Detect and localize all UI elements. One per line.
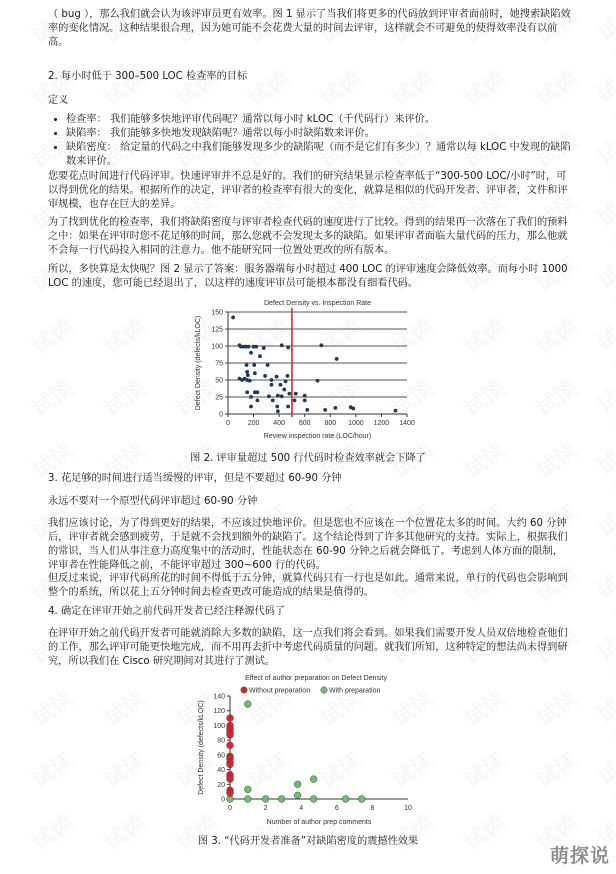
x-tick-label: 4	[299, 805, 303, 812]
watermark-tile: 试读	[590, 567, 616, 630]
data-point	[244, 786, 251, 793]
data-point	[303, 399, 307, 403]
data-point	[294, 392, 298, 396]
data-point	[245, 363, 249, 367]
data-point	[231, 316, 235, 320]
y-tick-label: 0	[219, 412, 223, 419]
data-point	[305, 408, 309, 412]
data-point	[278, 796, 285, 803]
data-point	[342, 796, 349, 803]
data-point	[286, 345, 290, 349]
legend-label: Without preparation	[249, 688, 310, 695]
data-point	[280, 394, 284, 398]
data-point	[246, 373, 250, 377]
y-tick-label: 25	[215, 395, 223, 402]
data-point	[227, 732, 234, 739]
paragraph-five-minutes: 但反过来说，评审代码所花的时间不得低于五分钟，就算代码只有一行也是如此。通常来说…	[48, 572, 573, 600]
watermark-tile: 试读	[590, 195, 616, 258]
figure-3-caption: 图 3. “代码开发者准备”对缺陷密度的震撼性效果	[48, 832, 568, 847]
definition-list: 检查率： 我们能够多快地评审代码呢？通常以每小时 kLOC（千代码行）来评价。 …	[48, 113, 576, 169]
watermark-tile: 试读	[590, 257, 616, 320]
data-point	[310, 796, 317, 803]
legend-label: With preparation	[329, 688, 380, 695]
x-axis-label: Number of author prep comments	[267, 819, 372, 826]
y-tick-label: 0	[221, 797, 225, 804]
y-tick-label: 140	[213, 694, 225, 701]
watermark-tile: 试读	[590, 629, 616, 692]
data-point	[247, 345, 251, 349]
x-tick-label: 800	[324, 420, 336, 427]
watermark-tile: 试读	[590, 443, 616, 506]
watermark-tile: 试读	[590, 505, 616, 568]
paragraph-review-time: 您要花点时间进行代码评审。快速评审并不总是好的。我们的研究结果显示检查率低于“3…	[48, 170, 573, 212]
chart-title: Defect Density vs. Inspection Rate	[264, 300, 371, 307]
data-point	[227, 761, 234, 768]
data-point	[245, 390, 249, 394]
x-tick-label: 400	[273, 420, 285, 427]
data-point	[284, 379, 288, 383]
data-point	[256, 399, 260, 403]
data-point	[254, 345, 258, 349]
data-point	[276, 394, 280, 398]
watermark-tile: 试读	[590, 753, 616, 816]
paragraph-intro-continued: （ bug ），那么我们就会认为该评审员更有效率。图 1 显示了当我们将更多的代…	[48, 8, 573, 50]
data-point	[286, 405, 290, 409]
data-point	[334, 406, 338, 410]
data-point	[244, 796, 251, 803]
data-point	[262, 796, 269, 803]
data-point	[252, 363, 256, 367]
x-tick-label: 10	[404, 805, 412, 812]
paragraph-how-fast: 所以，多快算是太快呢？图 2 显示了答案：服务器端每小时超过 400 LOC 的…	[48, 263, 573, 291]
data-point	[335, 357, 339, 361]
data-point	[249, 351, 253, 355]
paragraph-discussion: 我们应该讨论，为了得到更好的结果，不应该过快地评价。但是您也不应该在一个位置花太…	[48, 517, 573, 573]
data-point	[310, 776, 317, 783]
data-point	[319, 343, 323, 347]
data-point	[244, 701, 251, 708]
x-tick-label: 0	[228, 805, 232, 812]
watermark-tile: 试读	[97, 682, 151, 733]
y-tick-label: 100	[213, 723, 225, 730]
data-point	[279, 383, 283, 387]
watermark-tile: 试读	[97, 310, 151, 361]
watermark-tile: 试读	[590, 9, 616, 72]
definition-label: 定义	[48, 94, 573, 108]
y-tick-label: 75	[215, 361, 223, 368]
data-point	[267, 394, 271, 398]
data-point	[266, 363, 270, 367]
watermark-tile: 试读	[590, 133, 616, 196]
figure-3-chart: Effect of author preparation on Defect D…	[190, 670, 420, 834]
figure-2-chart: Defect Density vs. Inspection Rate025507…	[190, 296, 420, 450]
watermark-tile: 试读	[590, 381, 616, 444]
corner-watermark: 萌探说	[550, 841, 610, 868]
section-3-subheading: 永远不要对一个原型代码评审超过 60-90 分钟	[48, 495, 573, 509]
x-tick-label: 0	[226, 420, 230, 427]
watermark-tile: 试读	[590, 691, 616, 754]
section-4-heading: 4. 确定在评审开始之前代码开发者已经注释源代码了	[48, 605, 573, 619]
x-tick-label: 6	[335, 805, 339, 812]
data-point	[294, 792, 301, 799]
data-point	[293, 399, 297, 403]
paragraph-optimal-rate: 为了找到优化的检查率，我们将缺陷密度与评审者检查代码的速度进行了比较。得到的结果…	[48, 216, 573, 258]
y-tick-label: 120	[213, 708, 225, 715]
x-tick-label: 1400	[399, 420, 415, 427]
watermark-tile: 试读	[25, 682, 79, 733]
y-tick-label: 100	[211, 344, 223, 351]
data-point	[394, 409, 398, 413]
legend-marker	[321, 687, 327, 693]
data-point	[258, 354, 262, 358]
x-tick-label: 8	[370, 805, 374, 812]
data-point	[351, 407, 355, 411]
watermark-tile: 试读	[457, 310, 511, 361]
y-tick-label: 80	[217, 738, 225, 745]
data-point	[275, 375, 279, 379]
watermark-tile: 试读	[590, 319, 616, 382]
data-point	[358, 796, 365, 803]
data-point	[270, 383, 274, 387]
chart-title: Effect of author preparation on Defect D…	[245, 675, 387, 682]
data-point	[262, 346, 266, 350]
watermark-tile: 试读	[457, 372, 511, 423]
data-point	[256, 390, 260, 394]
data-point	[249, 405, 253, 409]
y-tick-label: 50	[215, 378, 223, 385]
data-point	[249, 395, 253, 399]
data-point	[276, 409, 280, 413]
paragraph-author-prep: 在评审开始之前代码开发者可能就消除大多数的缺陷，这一点我们将会看到。如果我们需要…	[48, 627, 573, 669]
watermark-tile: 试读	[529, 682, 583, 733]
data-point	[286, 374, 290, 378]
data-point	[287, 392, 291, 396]
y-tick-label: 20	[217, 782, 225, 789]
definition-inspection-rate: 检查率： 我们能够多快地评审代码呢？通常以每小时 kLOC（千代码行）来评价。	[66, 113, 576, 127]
data-point	[282, 388, 286, 392]
data-point	[316, 379, 320, 383]
data-point	[263, 374, 267, 378]
data-point	[323, 408, 327, 412]
watermark-tile: 试读	[590, 71, 616, 134]
data-point	[275, 405, 279, 409]
watermark-tile: 试读	[529, 744, 583, 795]
x-tick-label: 600	[299, 420, 311, 427]
watermark-tile: 试读	[529, 310, 583, 361]
data-point	[280, 343, 284, 347]
y-tick-label: 40	[217, 767, 225, 774]
y-tick-label: 60	[217, 752, 225, 759]
section-3-heading: 3. 花足够的时间进行适当缓慢的评审，但是不要超过 60-90 分钟	[48, 472, 573, 486]
y-axis-label: Defect Density (defects/kLOC)	[198, 700, 205, 795]
data-point	[303, 394, 307, 398]
watermark-tile: 试读	[25, 310, 79, 361]
data-point	[227, 790, 234, 797]
y-axis-label: Defect Density (defects/kLOC)	[195, 316, 202, 411]
watermark-tile: 试读	[97, 372, 151, 423]
data-point	[227, 776, 234, 783]
x-axis-label: Review inspection rate (LOC/hour)	[264, 433, 371, 440]
watermark-tile: 试读	[529, 372, 583, 423]
data-point	[294, 781, 301, 788]
data-point	[253, 371, 257, 375]
data-point	[248, 379, 252, 383]
data-point	[227, 715, 234, 722]
watermark-tile: 试读	[25, 744, 79, 795]
data-point	[271, 399, 275, 403]
section-2-heading: 2. 每小时低于 300–500 LOC 检查率的目标	[48, 70, 573, 84]
y-tick-label: 125	[211, 327, 223, 334]
data-point	[270, 378, 274, 382]
data-point	[245, 370, 249, 374]
legend-marker	[241, 687, 247, 693]
watermark-tile: 试读	[97, 744, 151, 795]
x-tick-label: 200	[248, 420, 260, 427]
x-tick-label: 2	[264, 805, 268, 812]
y-tick-label: 150	[211, 310, 223, 317]
figure-2-caption: 图 2. 评审量超过 500 行代码时检查效率就会下降了	[48, 449, 568, 464]
data-point	[227, 742, 234, 749]
definition-defect-rate: 缺陷率： 我们能够多快地发现缺陷呢？通常以每小时缺陷数来评价。	[66, 127, 576, 141]
watermark-tile: 试读	[457, 744, 511, 795]
definition-defect-density: 缺陷密度： 给定量的代码之中我们能够发现多少的缺陷呢（而不是它们有多少）？通常以…	[66, 141, 576, 169]
watermark-tile: 试读	[457, 682, 511, 733]
document-page: 试读试读试读试读试读试读试读试读试读试读试读试读试读试读试读试读试读试读试读试读…	[0, 0, 616, 874]
x-tick-label: 1000	[348, 420, 364, 427]
x-tick-label: 1200	[374, 420, 390, 427]
watermark-tile: 试读	[25, 372, 79, 423]
